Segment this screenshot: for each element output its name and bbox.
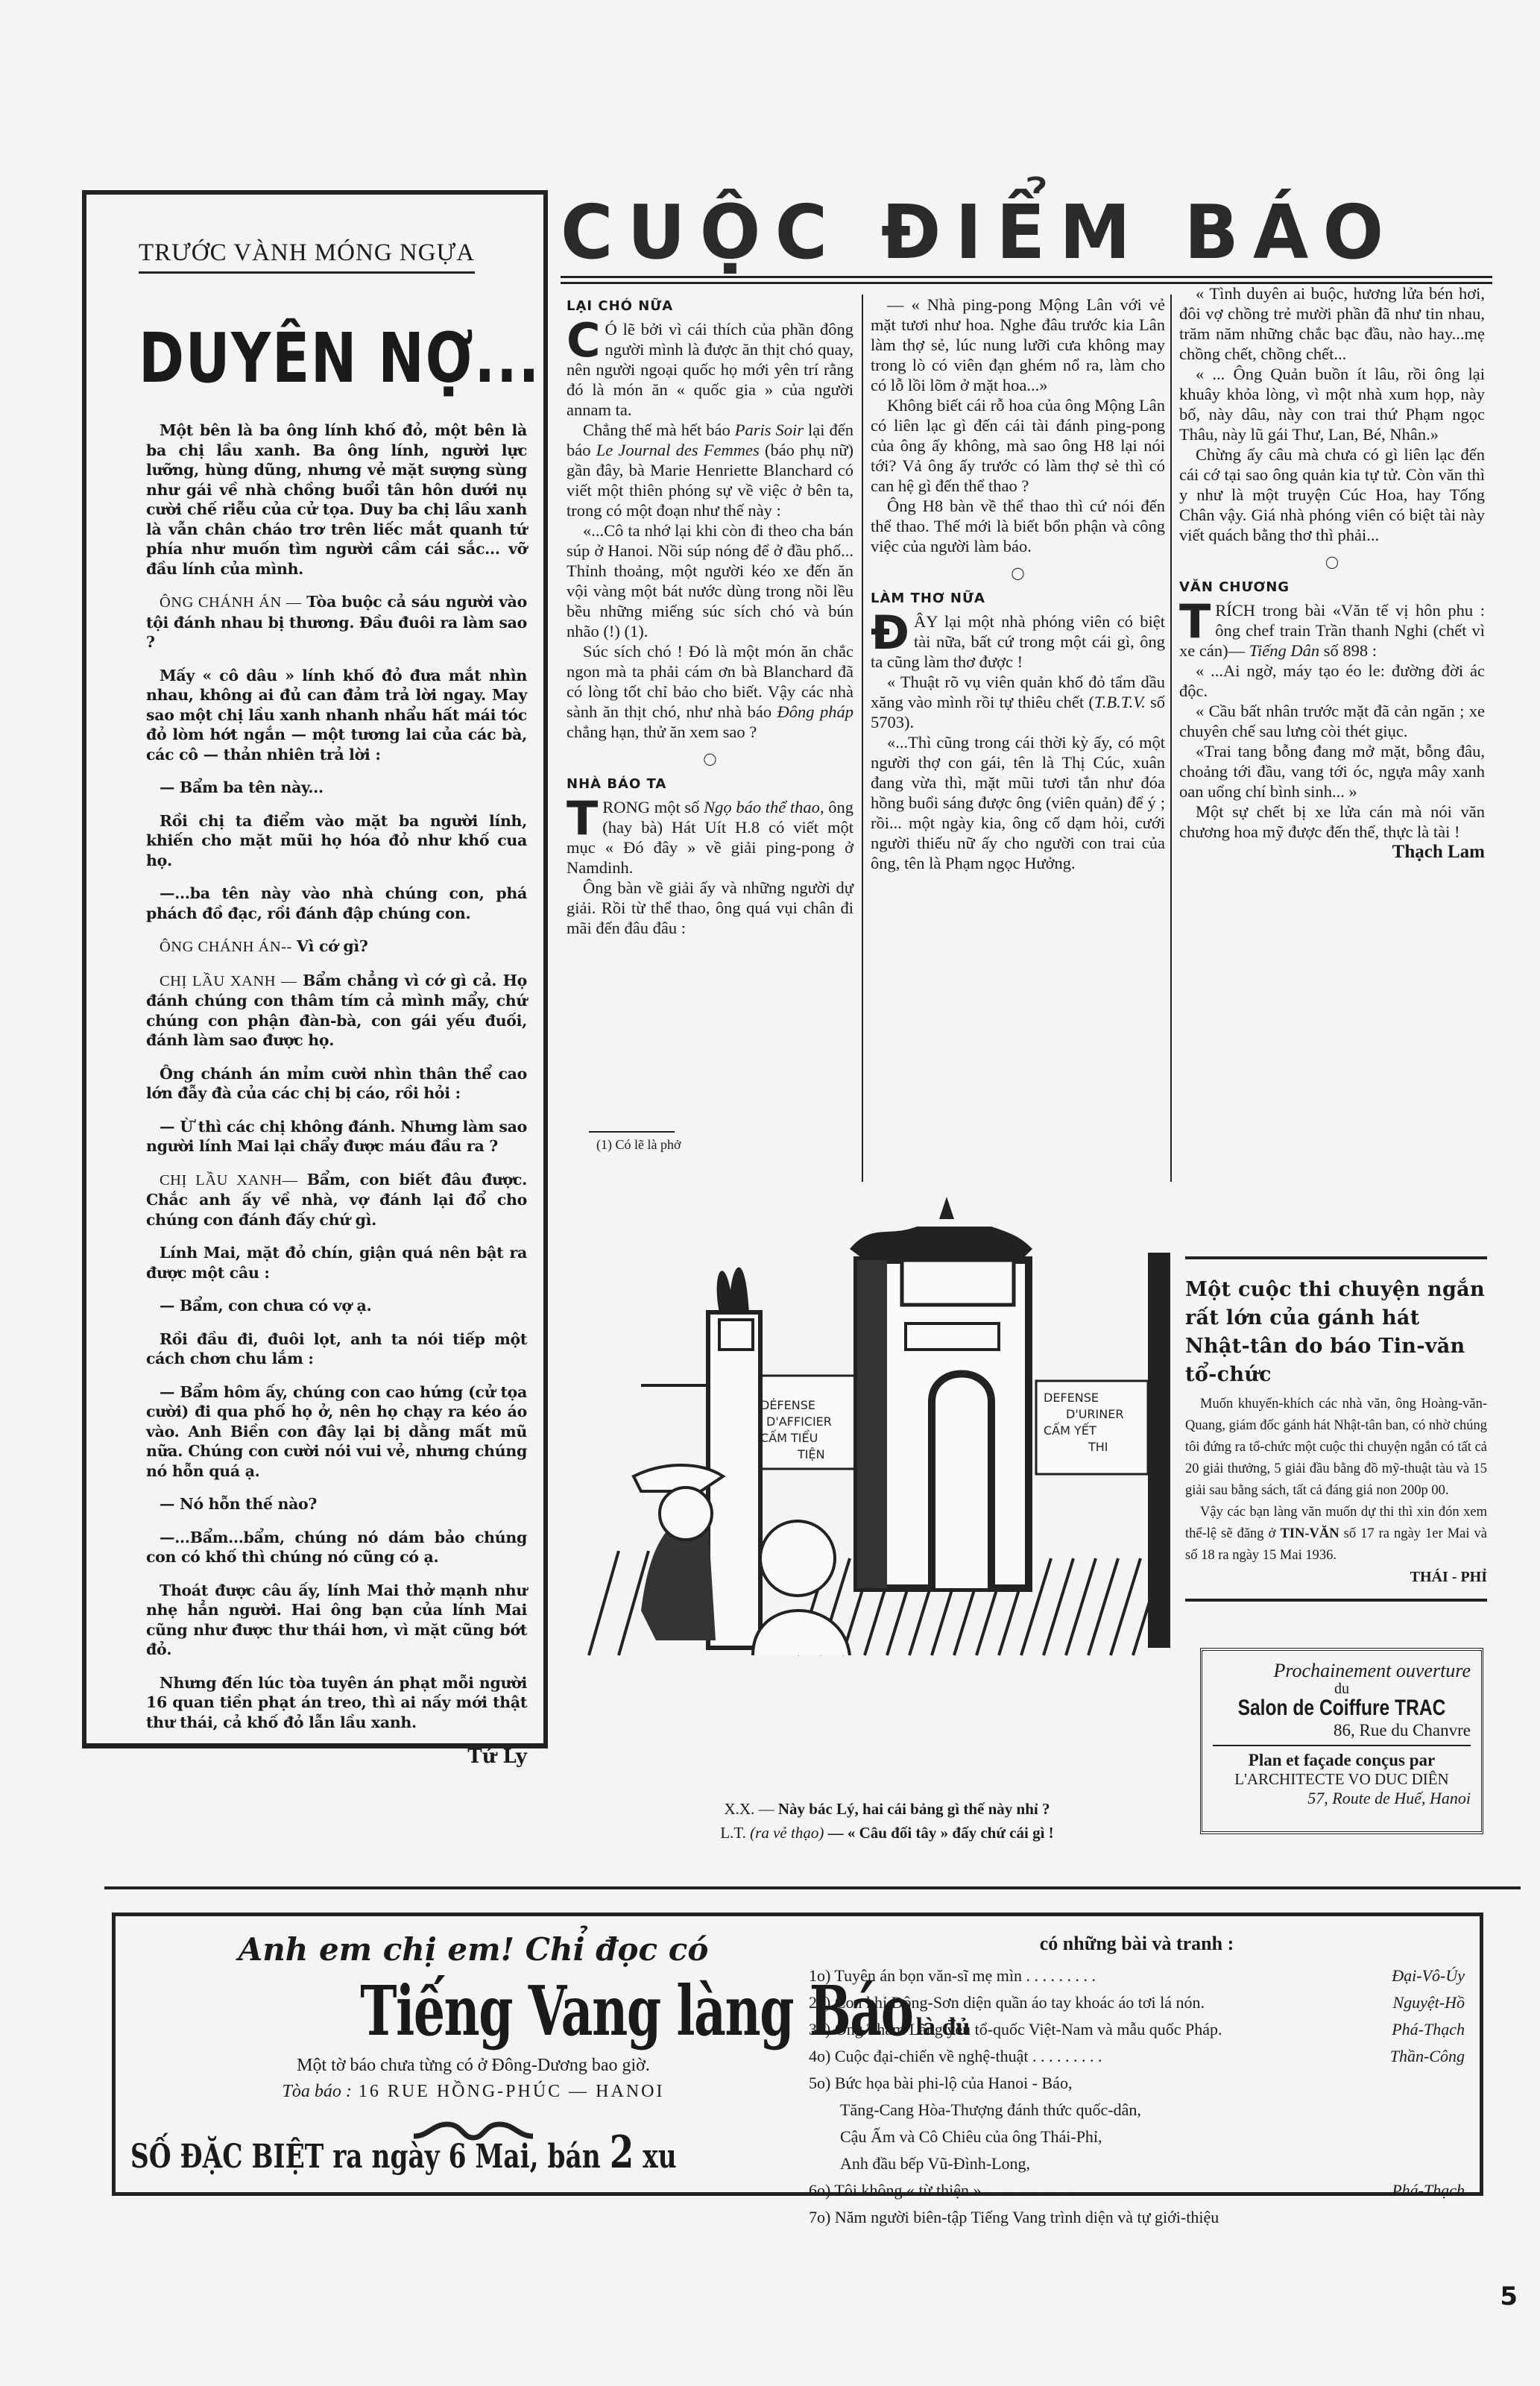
column-author: Thạch Lam [1179, 842, 1485, 862]
ad-address: Tòa báo : 16 RUE HỒNG-PHÚC — HANOI [145, 2082, 801, 2102]
column-divider [862, 295, 863, 1182]
paragraph: Thoát được câu ấy, lính Mai thở mạnh như… [146, 1581, 527, 1660]
paragraph: Súc sích chó ! Đó là một món ăn chắc ngo… [567, 641, 853, 742]
sign-right-line: D'URINER [1066, 1407, 1123, 1421]
section-heading: VĂN CHƯƠNG [1179, 577, 1485, 597]
cartoon-caption: X.X. — Này bác Lý, hai cái bảng gì thế n… [596, 1797, 1178, 1845]
paragraph: «...Cô ta nhớ lại khi còn đi theo cha bá… [567, 520, 853, 641]
ad-tagline: Anh em chị em! Chỉ đọc có [145, 1931, 801, 1968]
article-title: DUYÊN NỢ... [139, 318, 449, 398]
list-item: Anh đầu bếp Vũ-Đình-Long, [809, 2150, 1465, 2177]
dialogue-line: CHỊ LẦU XANH— Bẩm, con biết đâu được. Ch… [146, 1170, 527, 1230]
ornament-icon: ◯ [1179, 553, 1485, 573]
paragraph: — Bẩm ba tên này... [146, 778, 527, 798]
dialogue-line: CHỊ LẦU XANH — Bẩm chẳng vì cớ gì cả. Họ… [146, 971, 527, 1051]
list-item: 4o) Cuộc đại-chiến về nghệ-thuật . . . .… [809, 2043, 1465, 2070]
paragraph: Ông H8 bàn về thể thao thì cứ nói đến th… [871, 496, 1165, 556]
divider [1185, 1599, 1487, 1602]
list-item: Cậu Ấm và Cô Chiêu của ông Thái-Phỉ, [809, 2124, 1465, 2150]
dialogue-line: ÔNG CHÁNH ÁN-- Vì cớ gì? [146, 937, 527, 957]
column-2: — « Nhà ping-pong Mộng Lân với vẻ mặt tư… [871, 295, 1165, 873]
contest-title: Một cuộc thi chuyện ngắn rất lớn của gán… [1185, 1276, 1487, 1389]
paragraph: Nhưng đến lúc tòa tuyên án phạt mỗi ngườ… [146, 1673, 527, 1733]
paragraph: ĐÂY lại một nhà phóng viên có biệt tài n… [871, 611, 1165, 672]
tieng-vang-advertisement: Anh em chị em! Chỉ đọc có Tiếng Vang làn… [112, 1913, 1483, 2196]
ad-left-panel: Anh em chị em! Chỉ đọc có Tiếng Vang làn… [145, 1931, 801, 2146]
paragraph: « ... Ông Quản buồn ít lâu, rồi ông lại … [1179, 364, 1485, 444]
ad-salon-name: Salon de Coiffure TRAC [1236, 1696, 1448, 1721]
footnote-block: (1) Có lẽ là phở [589, 1122, 681, 1153]
speaker-label: ÔNG CHÁNH ÁN-- [160, 939, 292, 955]
paragraph: TRONG một số Ngọ báo thể thao, ông (hay … [567, 797, 853, 878]
ad-line: L'ARCHITECTE VO DUC DIÊN [1213, 1770, 1471, 1789]
section-heading: LÀM THƠ NỮA [871, 588, 1165, 608]
paragraph: — Bẩm, con chưa có vợ ạ. [146, 1296, 527, 1316]
ad-contents-list: có những bài và tranh : 1o) Tuyên án bọn… [809, 1933, 1465, 2231]
paragraph: Mấy « cô dâu » lính khố đỏ đưa mắt nhìn … [146, 666, 527, 765]
paragraph: Rồi chị ta điểm vào mặt ba người lính, k… [146, 811, 527, 871]
dialogue-line: ÔNG CHÁNH ÁN — Tòa buộc cả sáu người vào… [146, 592, 527, 652]
masthead-title: CUỘC ĐIỂM BÁO [561, 195, 1455, 270]
list-item: 2o) Con khỉ Đông-Sơn diện quần áo tay kh… [809, 1989, 1465, 2016]
sign-right-line: CẤM YẾT [1044, 1422, 1096, 1438]
paragraph: CÓ lẽ bởi vì cái thích của phần đông ngư… [567, 319, 853, 420]
divider [1213, 1745, 1471, 1746]
paragraph: Chừng ấy câu mà chưa có gì liên lạc đến … [1179, 444, 1485, 545]
list-item: 1o) Tuyên án bọn văn-sĩ mẹ mìn . . . . .… [809, 1962, 1465, 1989]
paragraph: Không biết cái rỗ hoa của ông Mộng Lân c… [871, 395, 1165, 496]
sign-right-line: THI [1088, 1440, 1108, 1454]
list-item: Tăng-Cang Hòa-Thượng đánh thức quốc-dân, [809, 2097, 1465, 2124]
list-item: 6o) Tôi không « từ thiện » . . . . . . .… [809, 2177, 1465, 2204]
article-body: Một bên là ba ông lính khố đỏ, một bên l… [146, 421, 527, 1768]
section-heading: LẠI CHÓ NỮA [567, 296, 853, 316]
ad-line: 86, Rue du Chanvre [1213, 1721, 1471, 1740]
caption-line-1: X.X. — Này bác Lý, hai cái bảng gì thế n… [596, 1797, 1178, 1821]
paragraph: — Nó hỗn thế nào? [146, 1494, 527, 1514]
dropcap: T [567, 800, 598, 837]
paragraph: Muốn khuyến-khích các nhà văn, ông Hoàng… [1185, 1394, 1487, 1502]
page-number: 5 [1500, 2282, 1518, 2311]
paragraph: —...ba tên này vào nhà chúng con, phá ph… [146, 884, 527, 923]
paragraph: Ông bàn về giải ấy và những người dự giả… [567, 878, 853, 938]
section-heading: NHÀ BÁO TA [567, 774, 853, 794]
special-issue-line: SỐ ĐẶC BIỆT ra ngày 6 Mai, bán 2 xu [130, 2127, 677, 2179]
speaker-label: ÔNG CHÁNH ÁN — [160, 594, 302, 611]
column-1: LẠI CHÓ NỮA CÓ lẽ bởi vì cái thích của p… [567, 295, 853, 938]
paragraph: TRÍCH trong bài «Văn tế vị hôn phu : ông… [1179, 600, 1485, 661]
paragraph: Rồi đầu đi, đuôi lọt, anh ta nói tiếp mộ… [146, 1329, 527, 1369]
page-divider [104, 1886, 1521, 1889]
dropcap: Đ [871, 614, 909, 652]
paragraph: Một bên là ba ông lính khố đỏ, một bên l… [146, 421, 527, 579]
article-kicker: TRƯỚC VÀNH MÓNG NGỰA [139, 239, 475, 274]
contest-author: THÁI - PHỈ [1185, 1567, 1487, 1588]
paragraph: « Cầu bất nhân trước mặt đã cản ngăn ; x… [1179, 701, 1485, 741]
paragraph: Chẳng thế mà hết báo Paris Soir lại đến … [567, 420, 853, 520]
ornament-icon: ◯ [871, 564, 1165, 584]
column-3: « Tình duyên ai buộc, hương lửa bén hơi,… [1179, 283, 1485, 862]
list-item: 7o) Năm người biên-tập Tiếng Vang trình … [809, 2204, 1465, 2231]
paragraph: Lính Mai, mặt đỏ chín, giận quá nên bật … [146, 1243, 527, 1282]
dialogue-text: Vì cớ gì? [297, 937, 368, 955]
section-masthead: CUỘC ĐIỂM BÁO [561, 195, 1492, 283]
paragraph: — « Nhà ping-pong Mộng Lân với vẻ mặt tư… [871, 295, 1165, 395]
paragraph: « Tình duyên ai buộc, hương lửa bén hơi,… [1179, 283, 1485, 364]
footnote-rule [589, 1131, 675, 1133]
gate-cartoon-illustration: DÉFENSE D'AFFICIER CẤM TIỂU TIỆN DEFENSE… [574, 1193, 1170, 1663]
paragraph: « ...Ai ngờ, máy tạo éo le: đường đời ác… [1179, 661, 1485, 701]
masthead-rule [561, 276, 1492, 278]
paragraph: «Trai tang bỗng đang mở mặt, bỗng đâu, c… [1179, 741, 1485, 802]
ornament-icon: ◯ [567, 749, 853, 769]
paragraph: Vậy các bạn làng văn muốn dự thi thì xin… [1185, 1502, 1487, 1567]
sign-right-line: DEFENSE [1044, 1391, 1099, 1405]
dropcap: T [1179, 603, 1211, 640]
contest-announcement: Một cuộc thi chuyện ngắn rất lớn của gán… [1185, 1256, 1487, 1602]
paragraph: «...Thì cũng trong cái thời kỳ ấy, có mộ… [871, 732, 1165, 873]
paragraph: — Bẩm hôm ấy, chúng con cao hứng (cử tọa… [146, 1382, 527, 1482]
salon-advertisement: Prochainement ouverture du Salon de Coif… [1200, 1648, 1483, 1834]
ad-line: 57, Route de Huế, Hanoi [1213, 1789, 1471, 1808]
paragraph: Ông chánh án mỉm cười nhìn thân thể cao … [146, 1064, 527, 1104]
article-author: Tứ Ly [146, 1746, 527, 1768]
sign-left-line: TIỆN [797, 1447, 825, 1461]
paragraph: « Thuật rõ vụ viên quản khố đỏ tẩm dầu x… [871, 672, 1165, 732]
speaker-label: CHỊ LẦU XANH— [160, 1172, 298, 1189]
court-article-box: TRƯỚC VÀNH MÓNG NGỰA DUYÊN NỢ... Một bên… [82, 190, 548, 1748]
column-divider [1170, 295, 1172, 1182]
ad-line: Prochainement ouverture [1213, 1660, 1471, 1682]
paragraph: — Ừ thì các chị không đánh. Nhưng làm sa… [146, 1117, 527, 1156]
sign-left-line: D'AFFICIER [766, 1414, 832, 1429]
speaker-label: CHỊ LẦU XANH — [160, 973, 297, 989]
list-item: 3o) Ông Tham Lãng yêu tổ-quốc Việt-Nam v… [809, 2016, 1465, 2043]
ad-line: Plan et façade conçus par [1213, 1751, 1471, 1770]
paragraph: —...Bẩm...bẩm, chúng nó dám bảo chúng co… [146, 1528, 527, 1567]
ad-subtitle: Một tờ báo chưa từng có ở Đông-Dương bao… [145, 2056, 801, 2076]
footnote: (1) Có lẽ là phở [589, 1137, 681, 1153]
sign-left-line: CẤM TIỂU [760, 1429, 818, 1445]
contents-heading: có những bài và tranh : [809, 1933, 1465, 1955]
caption-line-2: L.T. (ra vẻ thạo) — « Câu đối tây » đấy … [596, 1821, 1178, 1845]
sign-left-line: DÉFENSE [760, 1398, 815, 1412]
list-item: 5o) Bức họa bài phi-lộ của Hanoi - Báo, [809, 2070, 1465, 2097]
dropcap: C [567, 322, 601, 359]
ad-line: du [1213, 1682, 1471, 1696]
paragraph: Một sự chết bị xe lửa cán mà nói văn chư… [1179, 802, 1485, 842]
